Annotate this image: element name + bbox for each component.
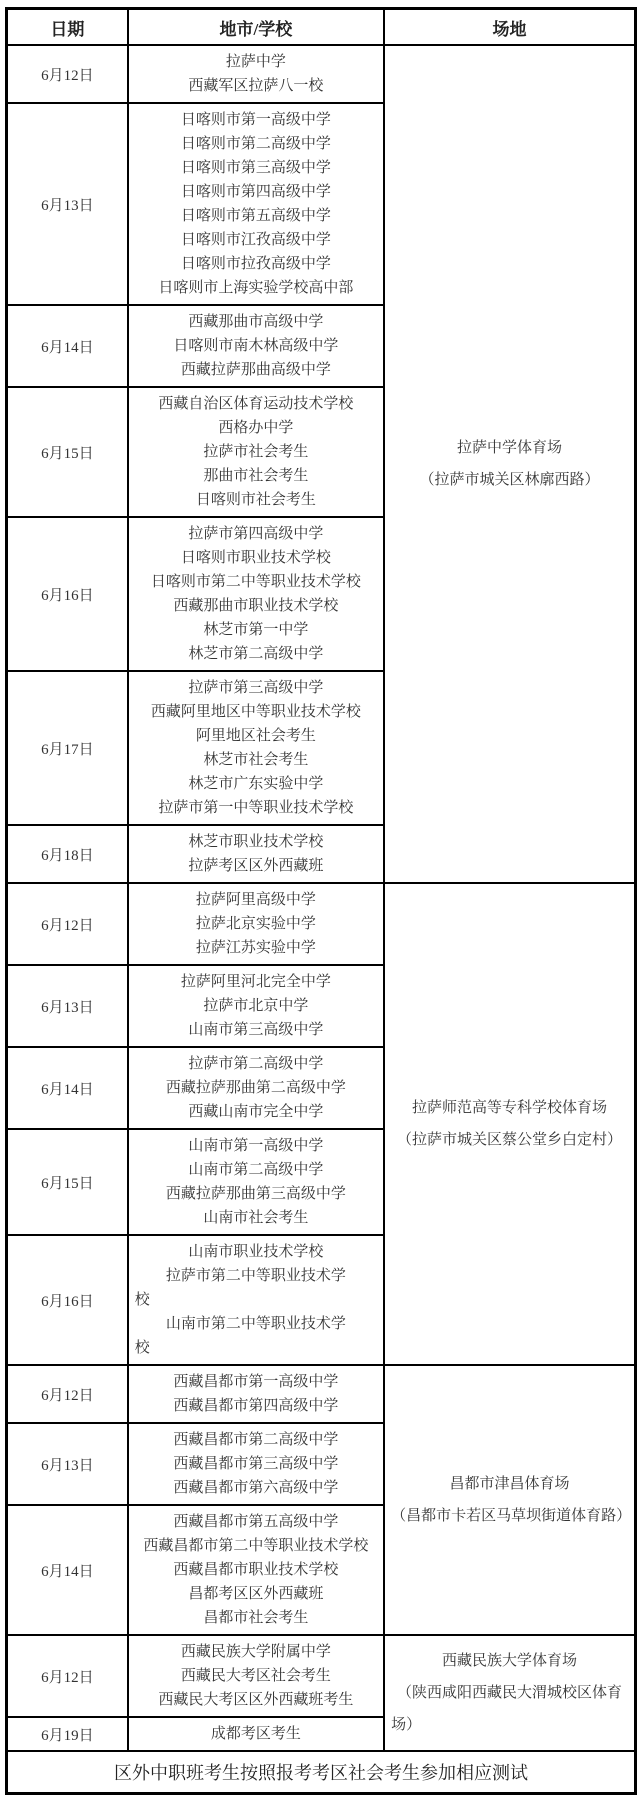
school-line: 拉萨市第二高级中学 [135, 1052, 377, 1076]
school-line: 林芝市第二高级中学 [135, 642, 377, 666]
school-line: 西藏昌都市第二高级中学 [135, 1428, 377, 1452]
school-cell: 山南市职业技术学校拉萨市第二中等职业技术学校山南市第二中等职业技术学校 [128, 1235, 384, 1365]
venue-cell: 拉萨师范高等专科学校体育场（拉萨市城关区蔡公堂乡白定村） [384, 883, 635, 1365]
header-row: 日期 地市/学校 场地 [7, 9, 636, 46]
school-line: 拉萨中学 [135, 50, 377, 74]
page: 日期 地市/学校 场地 6月12日拉萨中学西藏军区拉萨八一校拉萨中学体育场（拉萨… [0, 0, 642, 1801]
date-cell: 6月16日 [7, 1235, 128, 1365]
venue-line: 拉萨中学体育场 [391, 432, 628, 464]
school-line: 西藏民大考区区外西藏班考生 [135, 1688, 377, 1712]
table-row: 6月12日西藏民族大学附属中学西藏民大考区社会考生西藏民大考区区外西藏班考生西藏… [7, 1635, 636, 1717]
school-cell: 拉萨市第三高级中学西藏阿里地区中等职业技术学校阿里地区社会考生林芝市社会考生林芝… [128, 671, 384, 825]
school-line: 林芝市社会考生 [135, 748, 377, 772]
venue-cell: 拉萨中学体育场（拉萨市城关区林廓西路） [384, 45, 635, 883]
school-line: 拉萨阿里河北完全中学 [135, 970, 377, 994]
school-line: 林芝市第一中学 [135, 618, 377, 642]
date-cell: 6月13日 [7, 1423, 128, 1505]
school-line: 山南市职业技术学校 [135, 1240, 377, 1264]
table-row: 6月12日西藏昌都市第一高级中学西藏昌都市第四高级中学昌都市津昌体育场（昌都市卡… [7, 1365, 636, 1423]
school-line: 西藏昌都市第六高级中学 [135, 1476, 377, 1500]
school-cell: 西藏昌都市第一高级中学西藏昌都市第四高级中学 [128, 1365, 384, 1423]
school-line: 日喀则市南木林高级中学 [135, 334, 377, 358]
date-cell: 6月17日 [7, 671, 128, 825]
school-line: 拉萨市第三高级中学 [135, 676, 377, 700]
school-line: 校 [135, 1336, 377, 1360]
school-cell: 西藏那曲市高级中学日喀则市南木林高级中学西藏拉萨那曲高级中学 [128, 305, 384, 387]
date-cell: 6月12日 [7, 1365, 128, 1423]
school-line: 日喀则市第二高级中学 [135, 132, 377, 156]
header-school: 地市/学校 [128, 9, 384, 46]
school-cell: 西藏昌都市第五高级中学西藏昌都市第二中等职业技术学校西藏昌都市职业技术学校昌都考… [128, 1505, 384, 1635]
school-line: 日喀则市第二中等职业技术学校 [135, 570, 377, 594]
school-cell: 拉萨市第二高级中学西藏拉萨那曲第二高级中学西藏山南市完全中学 [128, 1047, 384, 1129]
school-line: 山南市第一高级中学 [135, 1134, 377, 1158]
date-cell: 6月13日 [7, 103, 128, 305]
school-line: 日喀则市第五高级中学 [135, 204, 377, 228]
header-date: 日期 [7, 9, 128, 46]
date-cell: 6月12日 [7, 883, 128, 965]
table-row: 6月12日拉萨中学西藏军区拉萨八一校拉萨中学体育场（拉萨市城关区林廓西路） [7, 45, 636, 103]
venue-line: 场） [391, 1709, 628, 1741]
school-line: 西藏阿里地区中等职业技术学校 [135, 700, 377, 724]
school-line: 那曲市社会考生 [135, 464, 377, 488]
venue-line: 昌都市津昌体育场 [391, 1468, 628, 1500]
school-line: 日喀则市第四高级中学 [135, 180, 377, 204]
table-row: 6月12日拉萨阿里高级中学拉萨北京实验中学拉萨江苏实验中学拉萨师范高等专科学校体… [7, 883, 636, 965]
school-line: 西藏拉萨那曲高级中学 [135, 358, 377, 382]
school-line: 山南市第三高级中学 [135, 1018, 377, 1042]
school-line: 日喀则市第一高级中学 [135, 108, 377, 132]
school-line: 日喀则市上海实验学校高中部 [135, 276, 377, 300]
venue-cell: 昌都市津昌体育场（昌都市卡若区马草坝街道体育路） [384, 1365, 635, 1635]
school-line: 西藏那曲市职业技术学校 [135, 594, 377, 618]
footer-note: 区外中职班考生按照报考考区社会考生参加相应测试 [7, 1751, 636, 1794]
school-line: 昌都考区区外西藏班 [135, 1582, 377, 1606]
school-line: 拉萨考区区外西藏班 [135, 854, 377, 878]
venue-line: 西藏民族大学体育场 [391, 1645, 628, 1677]
school-line: 昌都市社会考生 [135, 1606, 377, 1630]
date-cell: 6月14日 [7, 1505, 128, 1635]
school-line: 拉萨市社会考生 [135, 440, 377, 464]
venue-line: （拉萨市城关区林廓西路） [391, 464, 628, 496]
school-line: 西藏昌都市第一高级中学 [135, 1370, 377, 1394]
school-cell: 林芝市职业技术学校拉萨考区区外西藏班 [128, 825, 384, 883]
date-cell: 6月18日 [7, 825, 128, 883]
school-line: 拉萨阿里高级中学 [135, 888, 377, 912]
venue-cell: 西藏民族大学体育场（陕西咸阳西藏民大渭城校区体育场） [384, 1635, 635, 1751]
school-cell: 拉萨市第四高级中学日喀则市职业技术学校日喀则市第二中等职业技术学校西藏那曲市职业… [128, 517, 384, 671]
school-line: 西藏自治区体育运动技术学校 [135, 392, 377, 416]
date-cell: 6月12日 [7, 45, 128, 103]
date-cell: 6月12日 [7, 1635, 128, 1717]
school-line: 日喀则市拉孜高级中学 [135, 252, 377, 276]
school-cell: 拉萨阿里高级中学拉萨北京实验中学拉萨江苏实验中学 [128, 883, 384, 965]
school-line: 日喀则市职业技术学校 [135, 546, 377, 570]
school-line: 西藏昌都市第四高级中学 [135, 1394, 377, 1418]
school-cell: 拉萨阿里河北完全中学拉萨市北京中学山南市第三高级中学 [128, 965, 384, 1047]
school-line: 日喀则市江孜高级中学 [135, 228, 377, 252]
school-line: 山南市第二中等职业技术学 [135, 1312, 377, 1336]
school-line: 日喀则市社会考生 [135, 488, 377, 512]
school-line: 成都考区考生 [135, 1722, 377, 1746]
school-cell: 山南市第一高级中学山南市第二高级中学西藏拉萨那曲第三高级中学山南市社会考生 [128, 1129, 384, 1235]
school-line: 林芝市职业技术学校 [135, 830, 377, 854]
school-line: 西藏拉萨那曲第二高级中学 [135, 1076, 377, 1100]
school-line: 校 [135, 1288, 377, 1312]
school-line: 西藏民大考区社会考生 [135, 1664, 377, 1688]
school-line: 西藏昌都市第三高级中学 [135, 1452, 377, 1476]
venue-line: 拉萨师范高等专科学校体育场 [391, 1092, 628, 1124]
venue-line: （陕西咸阳西藏民大渭城校区体育 [391, 1677, 628, 1709]
school-line: 拉萨市第四高级中学 [135, 522, 377, 546]
exam-schedule-table: 日期 地市/学校 场地 6月12日拉萨中学西藏军区拉萨八一校拉萨中学体育场（拉萨… [5, 7, 637, 1795]
school-line: 拉萨江苏实验中学 [135, 936, 377, 960]
school-line: 拉萨北京实验中学 [135, 912, 377, 936]
school-line: 西藏昌都市第五高级中学 [135, 1510, 377, 1534]
venue-line: （昌都市卡若区马草坝街道体育路） [391, 1500, 628, 1532]
school-line: 阿里地区社会考生 [135, 724, 377, 748]
school-line: 拉萨市第一中等职业技术学校 [135, 796, 377, 820]
school-line: 山南市第二高级中学 [135, 1158, 377, 1182]
header-venue: 场地 [384, 9, 635, 46]
school-line: 西藏军区拉萨八一校 [135, 74, 377, 98]
school-line: 林芝市广东实验中学 [135, 772, 377, 796]
date-cell: 6月15日 [7, 387, 128, 517]
school-line: 山南市社会考生 [135, 1206, 377, 1230]
school-line: 西藏那曲市高级中学 [135, 310, 377, 334]
table-footer: 区外中职班考生按照报考考区社会考生参加相应测试 [7, 1751, 636, 1794]
school-cell: 西藏民族大学附属中学西藏民大考区社会考生西藏民大考区区外西藏班考生 [128, 1635, 384, 1717]
school-line: 拉萨市北京中学 [135, 994, 377, 1018]
school-line: 西藏民族大学附属中学 [135, 1640, 377, 1664]
school-line: 西藏山南市完全中学 [135, 1100, 377, 1124]
date-cell: 6月14日 [7, 1047, 128, 1129]
footer-row: 区外中职班考生按照报考考区社会考生参加相应测试 [7, 1751, 636, 1794]
date-cell: 6月15日 [7, 1129, 128, 1235]
school-line: 拉萨市第二中等职业技术学 [135, 1264, 377, 1288]
school-cell: 西藏昌都市第二高级中学西藏昌都市第三高级中学西藏昌都市第六高级中学 [128, 1423, 384, 1505]
school-cell: 成都考区考生 [128, 1717, 384, 1751]
school-cell: 日喀则市第一高级中学日喀则市第二高级中学日喀则市第三高级中学日喀则市第四高级中学… [128, 103, 384, 305]
school-line: 日喀则市第三高级中学 [135, 156, 377, 180]
school-line: 西藏昌都市第二中等职业技术学校 [135, 1534, 377, 1558]
school-line: 西格办中学 [135, 416, 377, 440]
date-cell: 6月13日 [7, 965, 128, 1047]
school-line: 西藏拉萨那曲第三高级中学 [135, 1182, 377, 1206]
school-cell: 西藏自治区体育运动技术学校西格办中学拉萨市社会考生那曲市社会考生日喀则市社会考生 [128, 387, 384, 517]
table-header: 日期 地市/学校 场地 [7, 9, 636, 46]
school-cell: 拉萨中学西藏军区拉萨八一校 [128, 45, 384, 103]
date-cell: 6月19日 [7, 1717, 128, 1751]
date-cell: 6月16日 [7, 517, 128, 671]
table-body: 6月12日拉萨中学西藏军区拉萨八一校拉萨中学体育场（拉萨市城关区林廓西路）6月1… [7, 45, 636, 1751]
school-line: 西藏昌都市职业技术学校 [135, 1558, 377, 1582]
venue-line: （拉萨市城关区蔡公堂乡白定村） [391, 1124, 628, 1156]
date-cell: 6月14日 [7, 305, 128, 387]
